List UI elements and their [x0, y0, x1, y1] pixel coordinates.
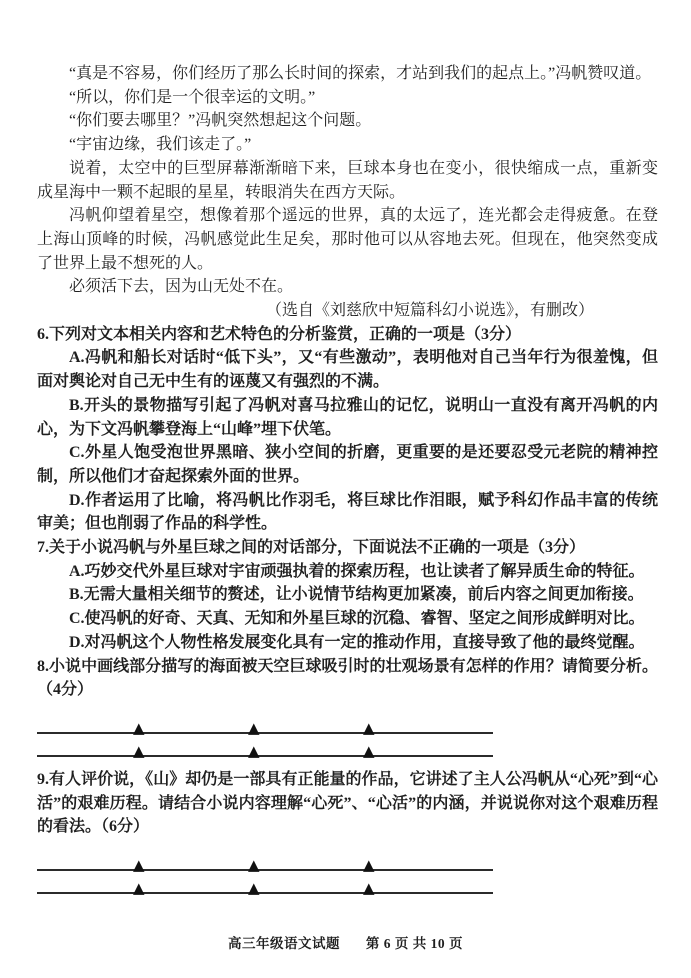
answer-line: ▲ ▲ ▲ — [37, 711, 493, 734]
story-paragraph: “真是不容易，你们经历了那么长时间的探索，才站到我们的起点上。”冯帆赞叹道。 — [37, 62, 658, 86]
question-7-option-b: B.无需大量相关细节的赘述，让小说情节结构更加紧凑，前后内容之间更加衔接。 — [37, 583, 658, 607]
story-paragraph: 必须活下去，因为山无处不在。 — [37, 275, 658, 299]
question-6-option-a: A.冯帆和船长对话时“低下头”，又“有些激动”，表明他对自己当年行为很羞愧，但面… — [37, 346, 658, 393]
exam-page: “真是不容易，你们经历了那么长时间的探索，才站到我们的起点上。”冯帆赞叹道。 “… — [0, 0, 691, 978]
page-footer: 高三年级语文试题 第 6 页 共 10 页 — [0, 932, 691, 952]
question-7-option-c: C.使冯帆的好奇、天真、无知和外星巨球的沉稳、睿智、坚定之间形成鲜明对比。 — [37, 607, 658, 631]
answer-line: ▲ ▲ ▲ — [37, 734, 493, 757]
question-6-stem: 6.下列对文本相关内容和艺术特色的分析鉴赏，正确的一项是（3分） — [37, 323, 658, 347]
source-attribution: （选自《刘慈欣中短篇科幻小说选》，有删改） — [37, 299, 658, 323]
answer-line: ▲ ▲ ▲ — [37, 871, 493, 894]
question-8-answer-lines: ▲ ▲ ▲ ▲ ▲ ▲ — [37, 711, 658, 757]
question-6-option-b: B.开头的景物描写引起了冯帆对喜马拉雅山的记忆，说明山一直没有离开冯帆的内心，为… — [37, 394, 658, 441]
question-7-stem: 7.关于小说冯帆与外星巨球之间的对话部分，下面说法不正确的一项是（3分） — [37, 536, 658, 560]
answer-marker-icon: ▲ — [248, 744, 260, 759]
footer-doc-title: 高三年级语文试题 — [228, 932, 340, 952]
question-7-option-d: D.对冯帆这个人物性格发展变化具有一定的推动作用，直接导致了他的最终觉醒。 — [37, 631, 658, 655]
answer-line: ▲ ▲ ▲ — [37, 848, 493, 871]
answer-marker-icon: ▲ — [133, 881, 145, 896]
question-8-stem: 8.小说中画线部分描写的海面被天空巨球吸引时的壮观场景有怎样的作用？请简要分析。… — [37, 655, 658, 702]
story-paragraph: “宇宙边缘，我们该走了。” — [37, 133, 658, 157]
exam-content: “真是不容易，你们经历了那么长时间的探索，才站到我们的起点上。”冯帆赞叹道。 “… — [0, 0, 691, 894]
question-7-option-a: A.巧妙交代外星巨球对宇宙顽强执着的探索历程，也让读者了解异质生命的特征。 — [37, 560, 658, 584]
answer-marker-icon: ▲ — [363, 881, 375, 896]
story-paragraph: “所以，你们是一个很幸运的文明。” — [37, 86, 658, 110]
story-paragraph: 冯帆仰望着星空，想像着那个遥远的世界，真的太远了，连光都会走得疲惫。在登上海山顶… — [37, 204, 658, 275]
answer-marker-icon: ▲ — [133, 744, 145, 759]
question-9-stem: 9.有人评价说，《山》却仍是一部具有正能量的作品，它讲述了主人公冯帆从“心死”到… — [37, 768, 658, 839]
answer-marker-icon: ▲ — [363, 744, 375, 759]
question-6-option-c: C.外星人饱受泡世界黑暗、狭小空间的折磨，更重要的是还要忍受元老院的精神控制，所… — [37, 441, 658, 488]
answer-marker-icon: ▲ — [248, 881, 260, 896]
question-6-option-d: D.作者运用了比喻，将冯帆比作羽毛，将巨球比作泪眼，赋予科幻作品丰富的传统审美；… — [37, 489, 658, 536]
story-paragraph: “你们要去哪里？”冯帆突然想起这个问题。 — [37, 109, 658, 133]
question-9-answer-lines: ▲ ▲ ▲ ▲ ▲ ▲ — [37, 848, 658, 894]
footer-page-info: 第 6 页 共 10 页 — [366, 932, 463, 952]
story-paragraph: 说着，太空中的巨型屏幕渐渐暗下来，巨球本身也在变小，很快缩成一点，重新变成星海中… — [37, 157, 658, 204]
